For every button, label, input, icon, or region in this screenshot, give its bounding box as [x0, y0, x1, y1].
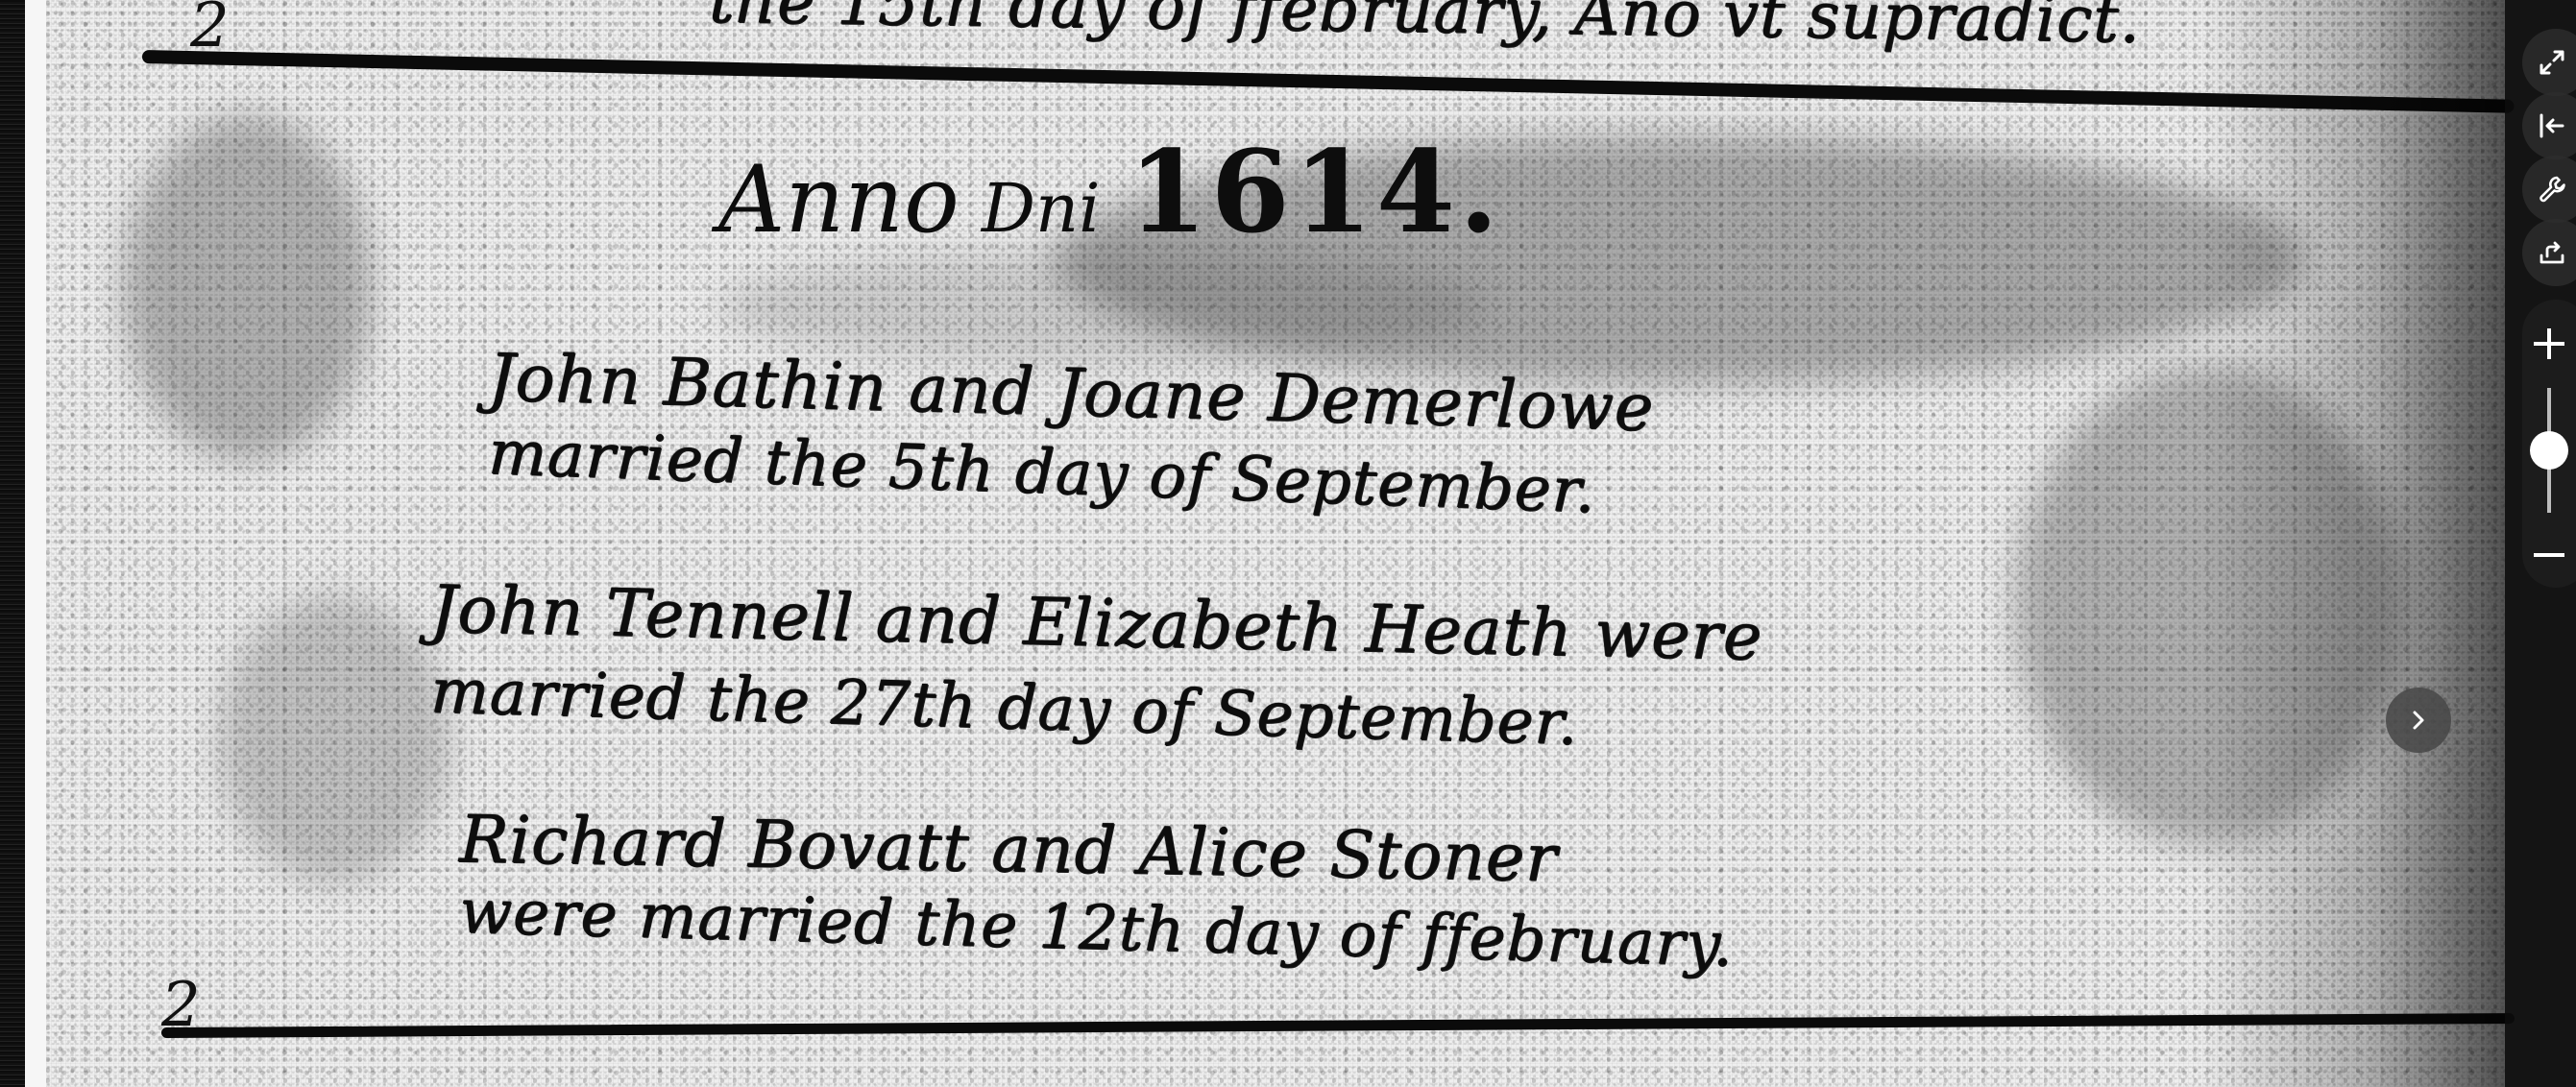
zoom-slider-thumb[interactable]	[2530, 431, 2568, 470]
wrench-icon	[2538, 175, 2566, 204]
divider-rule	[161, 1013, 2515, 1038]
rotate-button[interactable]	[2522, 219, 2576, 286]
plus-icon	[2532, 326, 2566, 361]
expand-arrows-icon	[2538, 48, 2566, 77]
arrow-left-bar-icon	[2538, 111, 2566, 140]
fullscreen-button[interactable]	[2522, 29, 2576, 96]
paper-stain	[219, 595, 450, 883]
chevron-right-icon	[2407, 709, 2430, 732]
zoom-in-button[interactable]	[2532, 326, 2566, 361]
viewer-toolbar	[2516, 0, 2576, 1087]
tools-button[interactable]	[2522, 156, 2576, 223]
scan-dark-edge	[0, 0, 25, 1087]
collapse-panel-button[interactable]	[2522, 92, 2576, 159]
heading-anno: Anno	[718, 146, 960, 254]
divider-rule	[142, 50, 2515, 113]
entry-2-line-2: married the 27th day of September.	[429, 656, 1579, 759]
scan-page-margin	[25, 0, 46, 1087]
document-image[interactable]: 2 the 15th day of ffebruary, Ano vt supr…	[46, 0, 2505, 1087]
zoom-out-button[interactable]	[2532, 538, 2566, 572]
year-heading: Anno Dni 1614.	[718, 125, 1502, 258]
entry-2-line-1: John Tennell and Elizabeth Heath were	[429, 571, 1763, 675]
page-edge-shadow	[2198, 0, 2505, 1087]
previous-entry-fragment: the 15th day of ffebruary, Ano vt suprad…	[709, 0, 2142, 57]
paper-stain	[123, 115, 373, 461]
heading-year: 1614.	[1129, 125, 1503, 258]
minus-icon	[2532, 538, 2566, 572]
rotate-icon	[2538, 238, 2566, 267]
heading-dni: Dni	[982, 169, 1101, 248]
next-image-button[interactable]	[2386, 688, 2451, 753]
image-viewer[interactable]: 2 the 15th day of ffebruary, Ano vt supr…	[0, 0, 2576, 1087]
paper-stain	[718, 250, 1487, 365]
zoom-control	[2522, 300, 2576, 588]
